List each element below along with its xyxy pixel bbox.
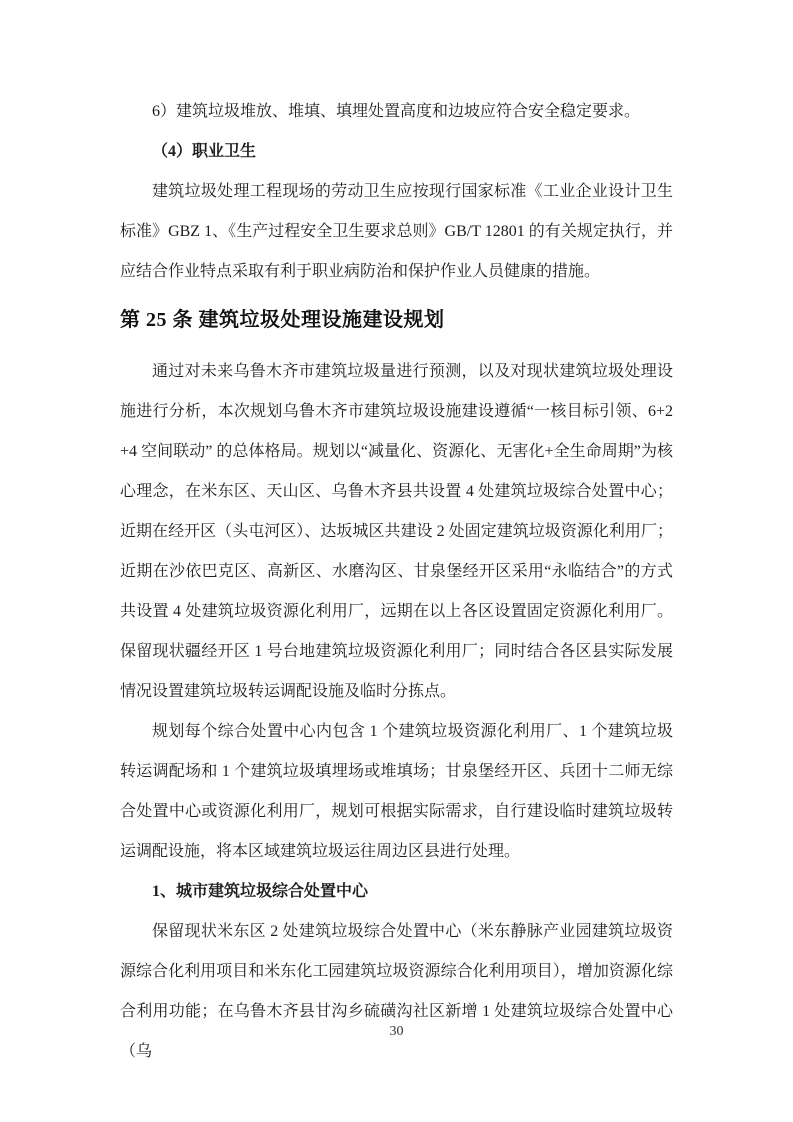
- paragraph-planning-overview: 通过对未来乌鲁木齐市建筑垃圾量进行预测，以及对现状建筑垃圾处理设施进行分析，本次…: [120, 352, 673, 712]
- paragraph-center-composition: 规划每个综合处置中心内包含 1 个建筑垃圾资源化利用厂、1 个建筑垃圾转运调配场…: [120, 712, 673, 872]
- document-page: 6）建筑垃圾堆放、堆填、填埋处置高度和边坡应符合安全稳定要求。 （4）职业卫生 …: [0, 0, 793, 1122]
- paragraph-midong-disposal-centers: 保留现状米东区 2 处建筑垃圾综合处置中心（米东静脉产业园建筑垃圾资源综合化利用…: [120, 912, 673, 1072]
- page-number: 30: [0, 1022, 793, 1042]
- subsection-heading-occupational-health: （4）职业卫生: [120, 132, 673, 172]
- list-item-safety-requirement: 6）建筑垃圾堆放、堆填、填埋处置高度和边坡应符合安全稳定要求。: [120, 92, 673, 132]
- page-content: 6）建筑垃圾堆放、堆填、填埋处置高度和边坡应符合安全稳定要求。 （4）职业卫生 …: [120, 92, 673, 1072]
- article-25-heading: 第 25 条 建筑垃圾处理设施建设规划: [120, 298, 673, 342]
- subsection-heading-city-disposal-center: 1、城市建筑垃圾综合处置中心: [120, 872, 673, 912]
- paragraph-occupational-health: 建筑垃圾处理工程现场的劳动卫生应按现行国家标准《工业企业设计卫生标准》GBZ 1…: [120, 172, 673, 292]
